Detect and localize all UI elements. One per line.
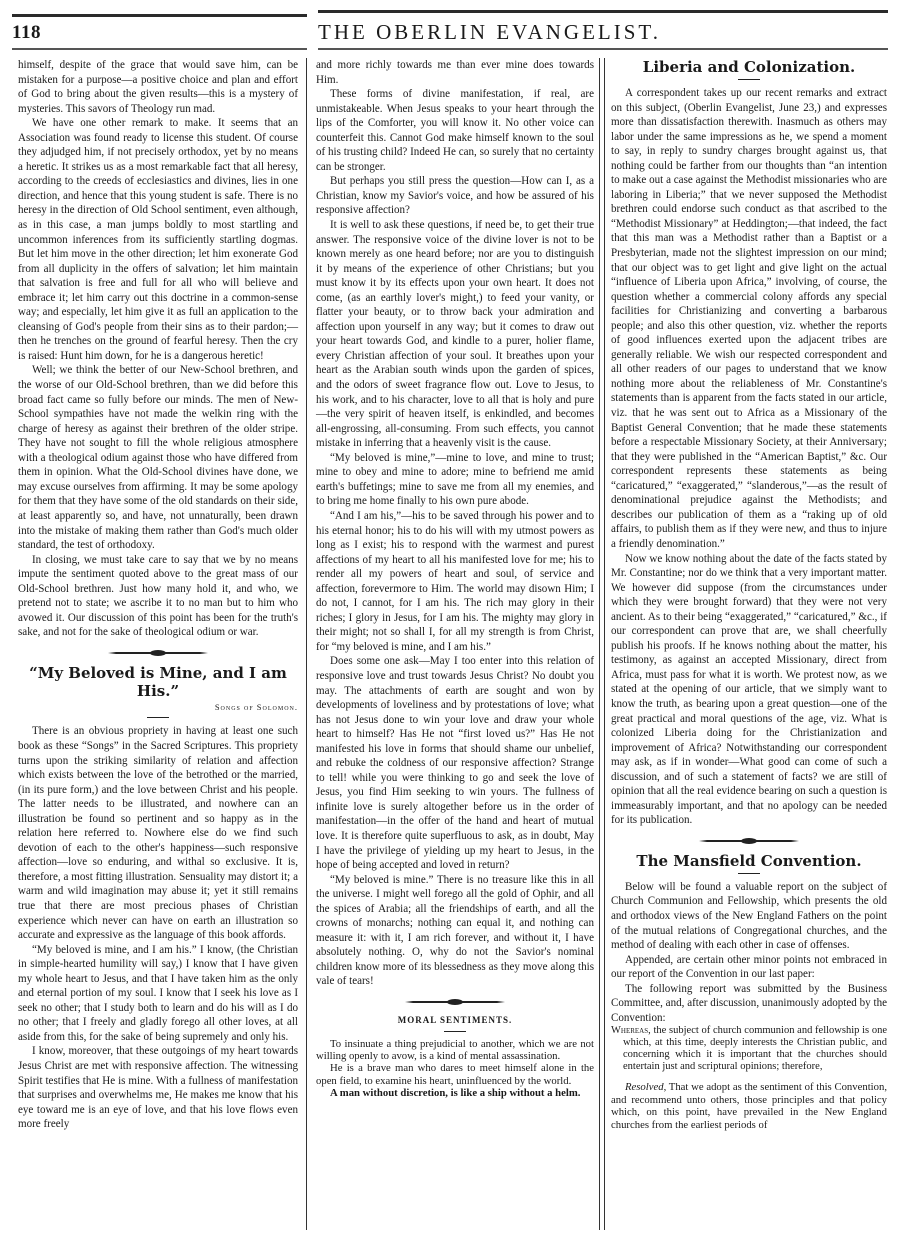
column-3: Liberia and Colonization. A corresponden… — [611, 58, 887, 1131]
paragraph: Below will be found a valuable report on… — [611, 880, 887, 953]
paragraph: Now we know nothing about the date of th… — [611, 552, 887, 828]
paragraph: Does some one ask—May I too enter into t… — [316, 654, 594, 872]
headline-dash — [147, 717, 169, 718]
header-rule-left-top — [12, 14, 307, 17]
paragraph: These forms of divine manifestation, if … — [316, 87, 594, 174]
paragraph: It is well to ask these questions, if ne… — [316, 218, 594, 451]
paragraph: He is a brave man who dares to meet hims… — [316, 1062, 594, 1087]
article-byline: Songs of Solomon. — [18, 700, 298, 715]
column-1: himself, despite of the grace that would… — [18, 58, 298, 1132]
resolved-clause: Resolved, That we adopt as the sentiment… — [611, 1081, 887, 1131]
section-separator — [405, 1001, 505, 1003]
article-headline: “My Beloved is Mine, and I am His.” — [18, 664, 298, 700]
newspaper-page: 118 THE OBERLIN EVANGELIST. himself, des… — [0, 0, 900, 1240]
header-rule-left-bottom — [12, 48, 307, 50]
paragraph: We have one other remark to make. It see… — [18, 116, 298, 363]
whereas-text: , the subject of church communion and fe… — [623, 1025, 887, 1072]
whereas-label: Whereas — [611, 1025, 648, 1036]
paragraph: “My beloved is mine.” There is no treasu… — [316, 873, 594, 989]
section-heading: MORAL SENTIMENTS. — [316, 1013, 594, 1028]
article-headline: Liberia and Colonization. — [611, 58, 887, 76]
column-divider-2 — [599, 58, 605, 1230]
headline-dash — [738, 873, 760, 874]
paragraph: There is an obvious propriety in having … — [18, 724, 298, 942]
paragraph: To insinuate a thing prejudicial to anot… — [316, 1038, 594, 1063]
headline-dash — [444, 1031, 466, 1032]
column-divider-1 — [306, 58, 307, 1230]
paragraph: Well; we think the better of our New-Sch… — [18, 363, 298, 552]
header-rule-right-bottom — [318, 48, 888, 50]
paragraph: himself, despite of the grace that would… — [18, 58, 298, 116]
headline-dash — [738, 79, 760, 80]
section-separator — [108, 652, 208, 654]
paragraph: In closing, we must take care to say tha… — [18, 553, 298, 640]
publication-title: THE OBERLIN EVANGELIST. — [318, 20, 661, 45]
section-separator — [699, 840, 799, 842]
paragraph: “And I am his,”—his to be saved through … — [316, 509, 594, 654]
paragraph: A man without discretion, is like a ship… — [316, 1087, 594, 1099]
paragraph: “My beloved is mine,”—mine to love, and … — [316, 451, 594, 509]
paragraph: But perhaps you still press the question… — [316, 174, 594, 218]
whereas-clause: Whereas, the subject of church communion… — [611, 1025, 887, 1073]
paragraph: The following report was submitted by th… — [611, 982, 887, 1026]
article-headline: The Mansfield Convention. — [611, 852, 887, 870]
page-number: 118 — [12, 22, 41, 44]
paragraph: I know, moreover, that these outgoings o… — [18, 1044, 298, 1131]
resolved-label: Resolved — [625, 1081, 664, 1093]
column-2: and more richly towards me than ever min… — [316, 58, 594, 1100]
paragraph: “My beloved is mine, and I am his.” I kn… — [18, 943, 298, 1045]
paragraph: and more richly towards me than ever min… — [316, 58, 594, 87]
paragraph: Appended, are certain other minor points… — [611, 953, 887, 982]
paragraph: A correspondent takes up our recent rema… — [611, 86, 887, 552]
header-rule-right-top — [318, 10, 888, 13]
